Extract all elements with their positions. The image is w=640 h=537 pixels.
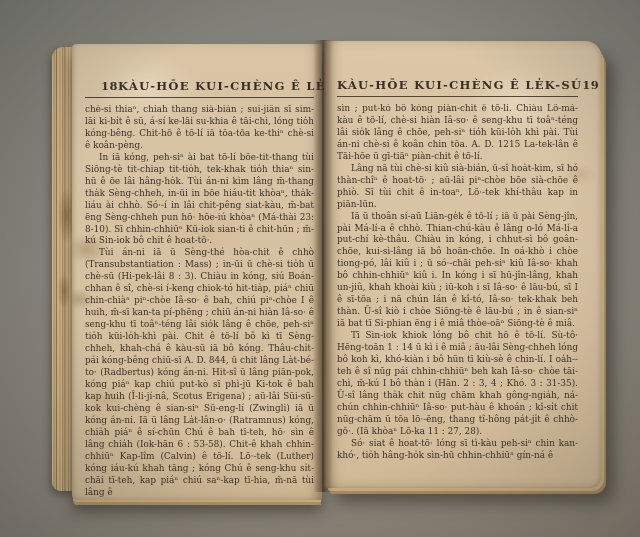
paragraph: In iā kóng, peh-siⁿ ài bat tō-lí bōe-tit… [85, 153, 314, 249]
right-header-rule [337, 96, 578, 97]
paragraph: Lâng nā tùi chè-si kiû sià-bián, ū-sî ho… [337, 164, 578, 212]
right-running-title: KÀU-HŌE KUI-CHÈNG Ê LE̍K-SÚ [337, 78, 582, 92]
right-page-content: KÀU-HŌE KUI-CHÈNG Ê LE̍K-SÚ 19 sìn ; put… [324, 41, 602, 463]
paragraph: Iā ū thoân sí-aū Liān-ge̍k ê tō-lí ; iā … [337, 212, 578, 332]
left-page-text: chè-si thiaⁿ, chiah thang sià-bián ; sui… [85, 105, 314, 499]
paragraph: Tùi án-ni iā ū Sèng-thé hòa-chit ê chhò … [85, 248, 314, 499]
left-page-content: 18 KÀU-HŌE KUI-CHÈNG Ê LE̍K-SÚ chè-si th… [72, 44, 322, 499]
paragraph: Tī Sin-iok khiok lóng bô chit hō ê tō-lí… [337, 331, 578, 439]
left-running-head: 18 KÀU-HŌE KUI-CHÈNG Ê LE̍K-SÚ [85, 79, 314, 93]
photo-background: 18 KÀU-HŌE KUI-CHÈNG Ê LE̍K-SÚ chè-si th… [0, 0, 640, 537]
paragraph: sìn ; put-kò bô kóng piàn-chit ê tō-lí. … [337, 104, 578, 164]
left-page-number: 18 [101, 79, 118, 93]
right-page-number: 19 [582, 78, 599, 92]
right-running-head: KÀU-HŌE KUI-CHÈNG Ê LE̍K-SÚ 19 [337, 78, 578, 92]
right-page-text: sìn ; put-kò bô kóng piàn-chit ê tō-lí. … [337, 104, 578, 463]
paragraph: Só· siat ê hoat-tō· lóng sī tì-kàu peh-s… [337, 439, 578, 463]
right-page: KÀU-HŌE KUI-CHÈNG Ê LE̍K-SÚ 19 sìn ; put… [324, 41, 602, 488]
paragraph: chè-si thiaⁿ, chiah thang sià-bián ; sui… [85, 105, 314, 153]
open-book: 18 KÀU-HŌE KUI-CHÈNG Ê LE̍K-SÚ chè-si th… [52, 38, 604, 500]
left-header-rule [85, 97, 314, 98]
left-page: 18 KÀU-HŌE KUI-CHÈNG Ê LE̍K-SÚ chè-si th… [72, 44, 322, 500]
